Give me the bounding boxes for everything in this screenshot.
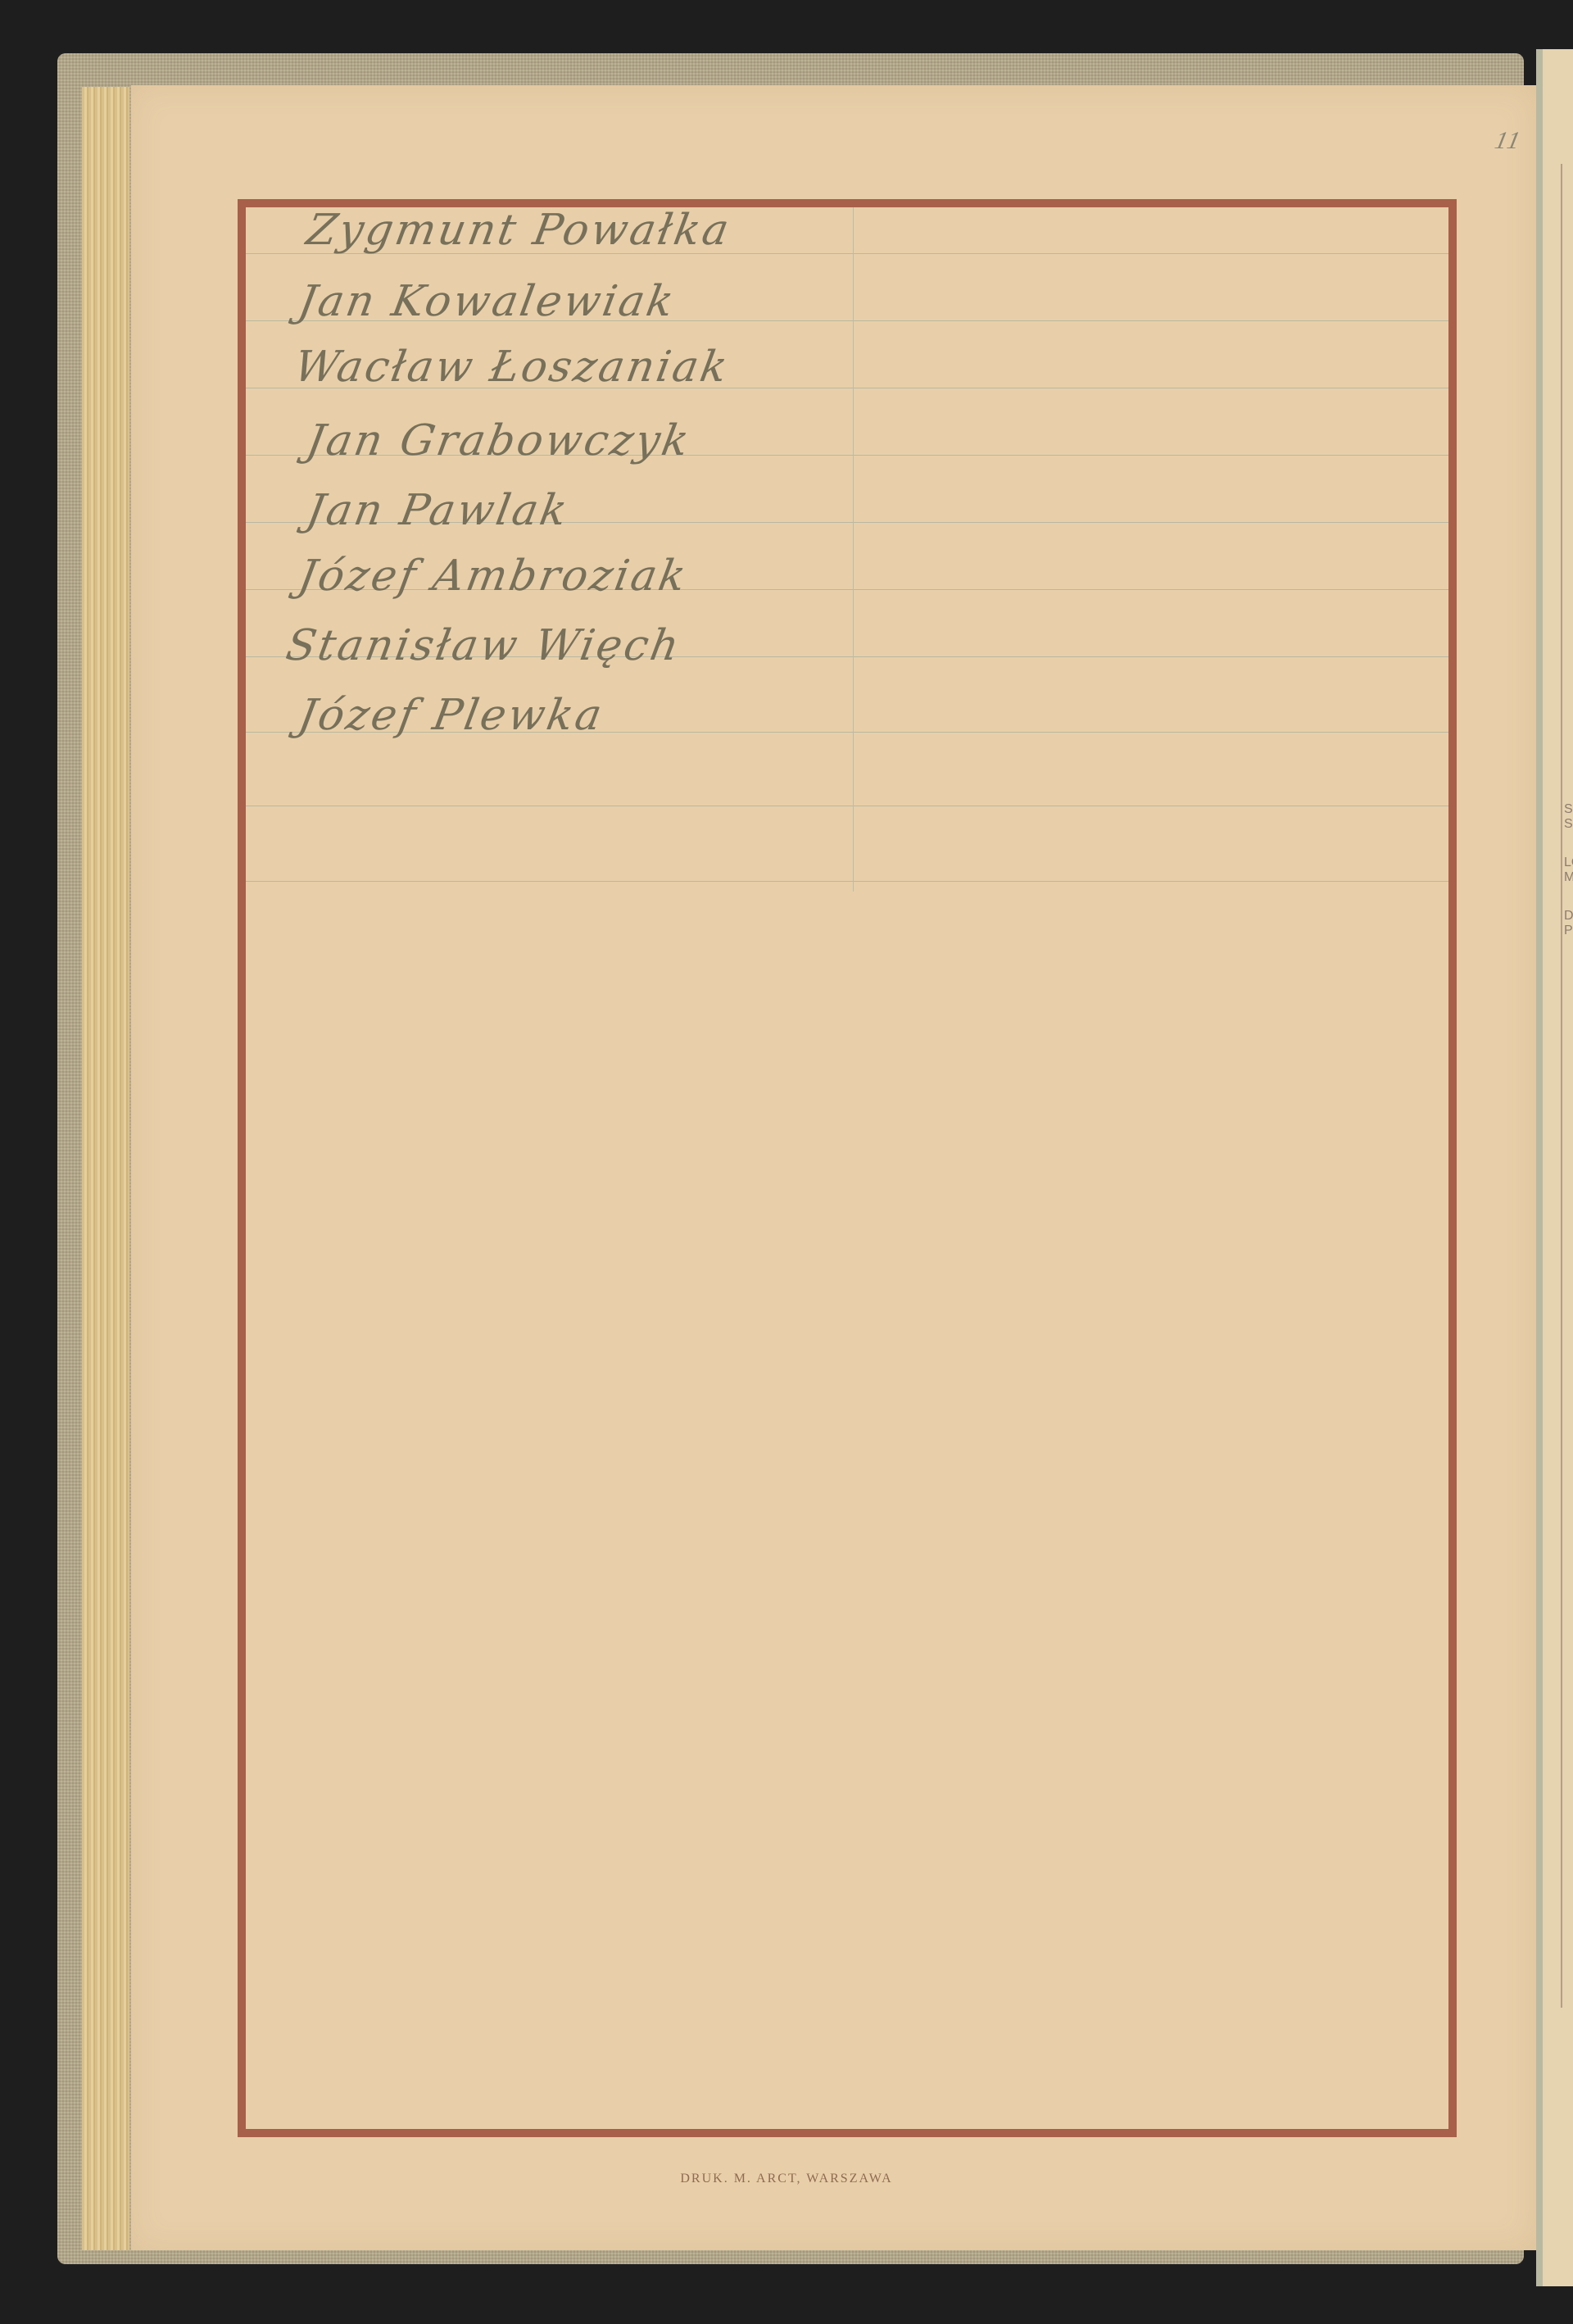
printer-imprint: DRUK. M. ARCT, WARSZAWA xyxy=(0,2172,1573,2186)
signature: Jan Kowalewiak xyxy=(295,277,680,326)
signature: Wacław Łoszaniak xyxy=(291,343,733,392)
column-divider xyxy=(853,207,854,892)
adjacent-label: LO xyxy=(1564,856,1573,869)
signature: Józef Ambroziak xyxy=(295,551,692,601)
adjacent-page-frame xyxy=(1561,164,1573,2008)
signature: Jan Grabowczyk xyxy=(303,416,695,465)
adjacent-page-edge: SCH SZK LO MI DI PO xyxy=(1536,49,1573,2286)
ruled-line xyxy=(246,806,1448,806)
page-frame-border: Zygmunt Powałka Jan Kowalewiak Wacław Ło… xyxy=(238,199,1457,2137)
adjacent-label: DI xyxy=(1564,910,1573,923)
adjacent-label: SZK xyxy=(1564,818,1573,831)
ruled-table: Zygmunt Powałka Jan Kowalewiak Wacław Ło… xyxy=(246,207,1448,896)
signature: Stanisław Więch xyxy=(283,621,685,670)
adjacent-label: MI xyxy=(1564,871,1573,884)
signature: Jan Pawlak xyxy=(303,486,573,535)
signature: Zygmunt Powałka xyxy=(303,206,735,255)
page-edges xyxy=(82,87,129,2250)
ruled-line xyxy=(246,881,1448,882)
adjacent-label: PO xyxy=(1564,924,1573,937)
signature: Józef Plewka xyxy=(295,691,608,740)
adjacent-label: SCH xyxy=(1564,803,1573,816)
